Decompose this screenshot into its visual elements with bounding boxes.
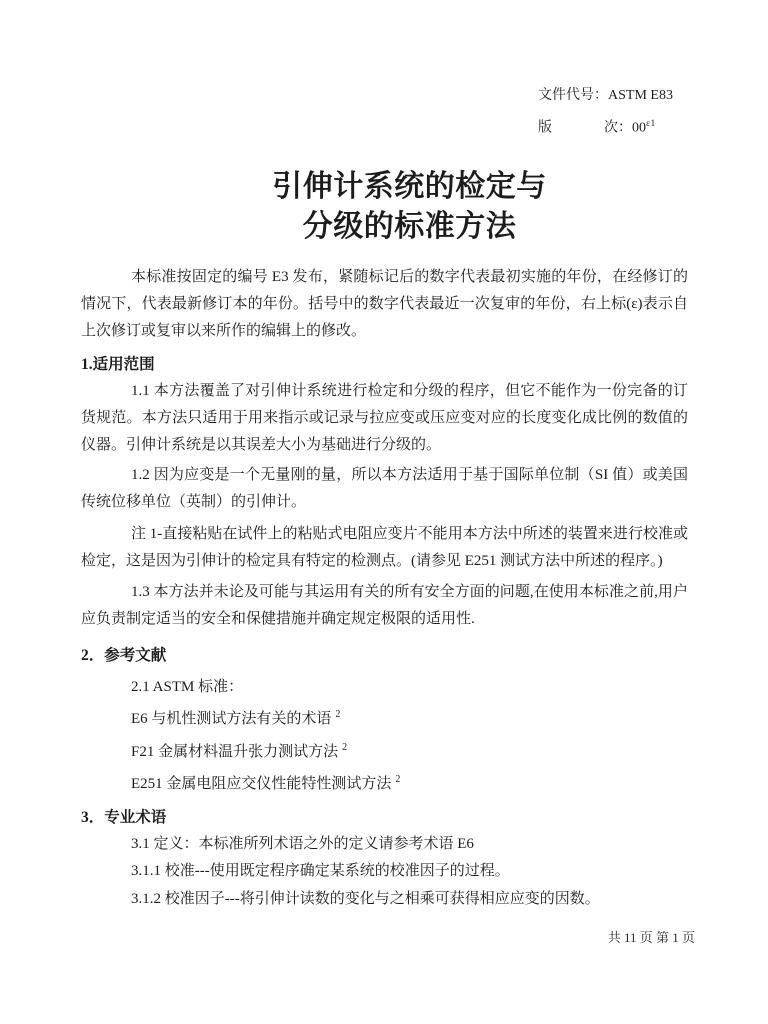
reference-list: 2.1 ASTM 标准： E6 与机性测试方法有关的术语2 F21 金属材料温升… xyxy=(81,669,688,799)
reference-item: F21 金属材料温升张力测试方法2 xyxy=(131,734,688,767)
title-line-1: 引伸计系统的检定与 xyxy=(106,167,713,207)
version-label-right: 次：00 xyxy=(604,121,646,136)
footnote-marker: 2 xyxy=(342,742,347,753)
title-line-2: 分级的标准方法 xyxy=(106,207,713,247)
version-line: 版次：00ε1 xyxy=(538,110,688,143)
footnote-marker: 2 xyxy=(395,774,400,785)
note-1-paragraph: 注 1-直接粘贴在试件上的粘贴式电阻应变片不能用本方法中所述的装置来进行校准或检… xyxy=(81,521,688,575)
page-content: 文件代号：ASTM E83 版次：00ε1 引伸计系统的检定与 分级的标准方法 … xyxy=(81,0,688,913)
document-header-block: 文件代号：ASTM E83 版次：00ε1 xyxy=(538,81,688,143)
term-item: 3.1 定义：本标准所列术语之外的定义请参考术语 E6 xyxy=(131,831,688,859)
intro-paragraph: 本标准按固定的编号 E3 发布，紧随标记后的数字代表最初实施的年份，在经修订的情… xyxy=(81,264,688,345)
term-item: 3.1.1 校准---使用既定程序确定某系统的校准因子的过程。 xyxy=(131,858,688,886)
footnote-marker: 2 xyxy=(335,709,340,720)
section-1-heading: 1.适用范围 xyxy=(81,351,688,378)
doc-code-line: 文件代号：ASTM E83 xyxy=(538,81,688,110)
version-superscript: ε1 xyxy=(646,119,656,129)
reference-item: E251 金属电阻应交仪性能特性测试方法2 xyxy=(131,766,688,799)
paragraph-1-2: 1.2 因为应变是一个无量刚的量，所以本方法适用于基于国际单位制（SI 值）或美… xyxy=(81,462,688,516)
term-list: 3.1 定义：本标准所列术语之外的定义请参考术语 E6 3.1.1 校准---使… xyxy=(81,831,688,914)
term-item: 3.1.2 校准因子---将引伸计读数的变化与之相乘可获得相应应变的因数。 xyxy=(131,886,688,914)
reference-item: 2.1 ASTM 标准： xyxy=(131,669,688,702)
paragraph-1-3: 1.3 本方法并未论及可能与其运用有关的所有安全方面的问题,在使用本标准之前,用… xyxy=(81,579,688,633)
section-3-heading: 3．专业术语 xyxy=(81,804,688,831)
document-title: 引伸计系统的检定与 分级的标准方法 xyxy=(106,167,713,247)
version-label-left: 版 xyxy=(538,121,552,136)
document-page: 文件代号：ASTM E83 版次：00ε1 引伸计系统的检定与 分级的标准方法 … xyxy=(0,0,768,1024)
reference-item: E6 与机性测试方法有关的术语2 xyxy=(131,701,688,734)
doc-code-text: 文件代号：ASTM E83 xyxy=(538,88,673,103)
paragraph-1-1: 1.1 本方法覆盖了对引伸计系统进行检定和分级的程序，但它不能作为一份完备的订货… xyxy=(81,378,688,459)
section-2-heading: 2．参考文献 xyxy=(81,642,688,669)
page-footer: 共 11 页 第 1 页 xyxy=(608,930,695,946)
